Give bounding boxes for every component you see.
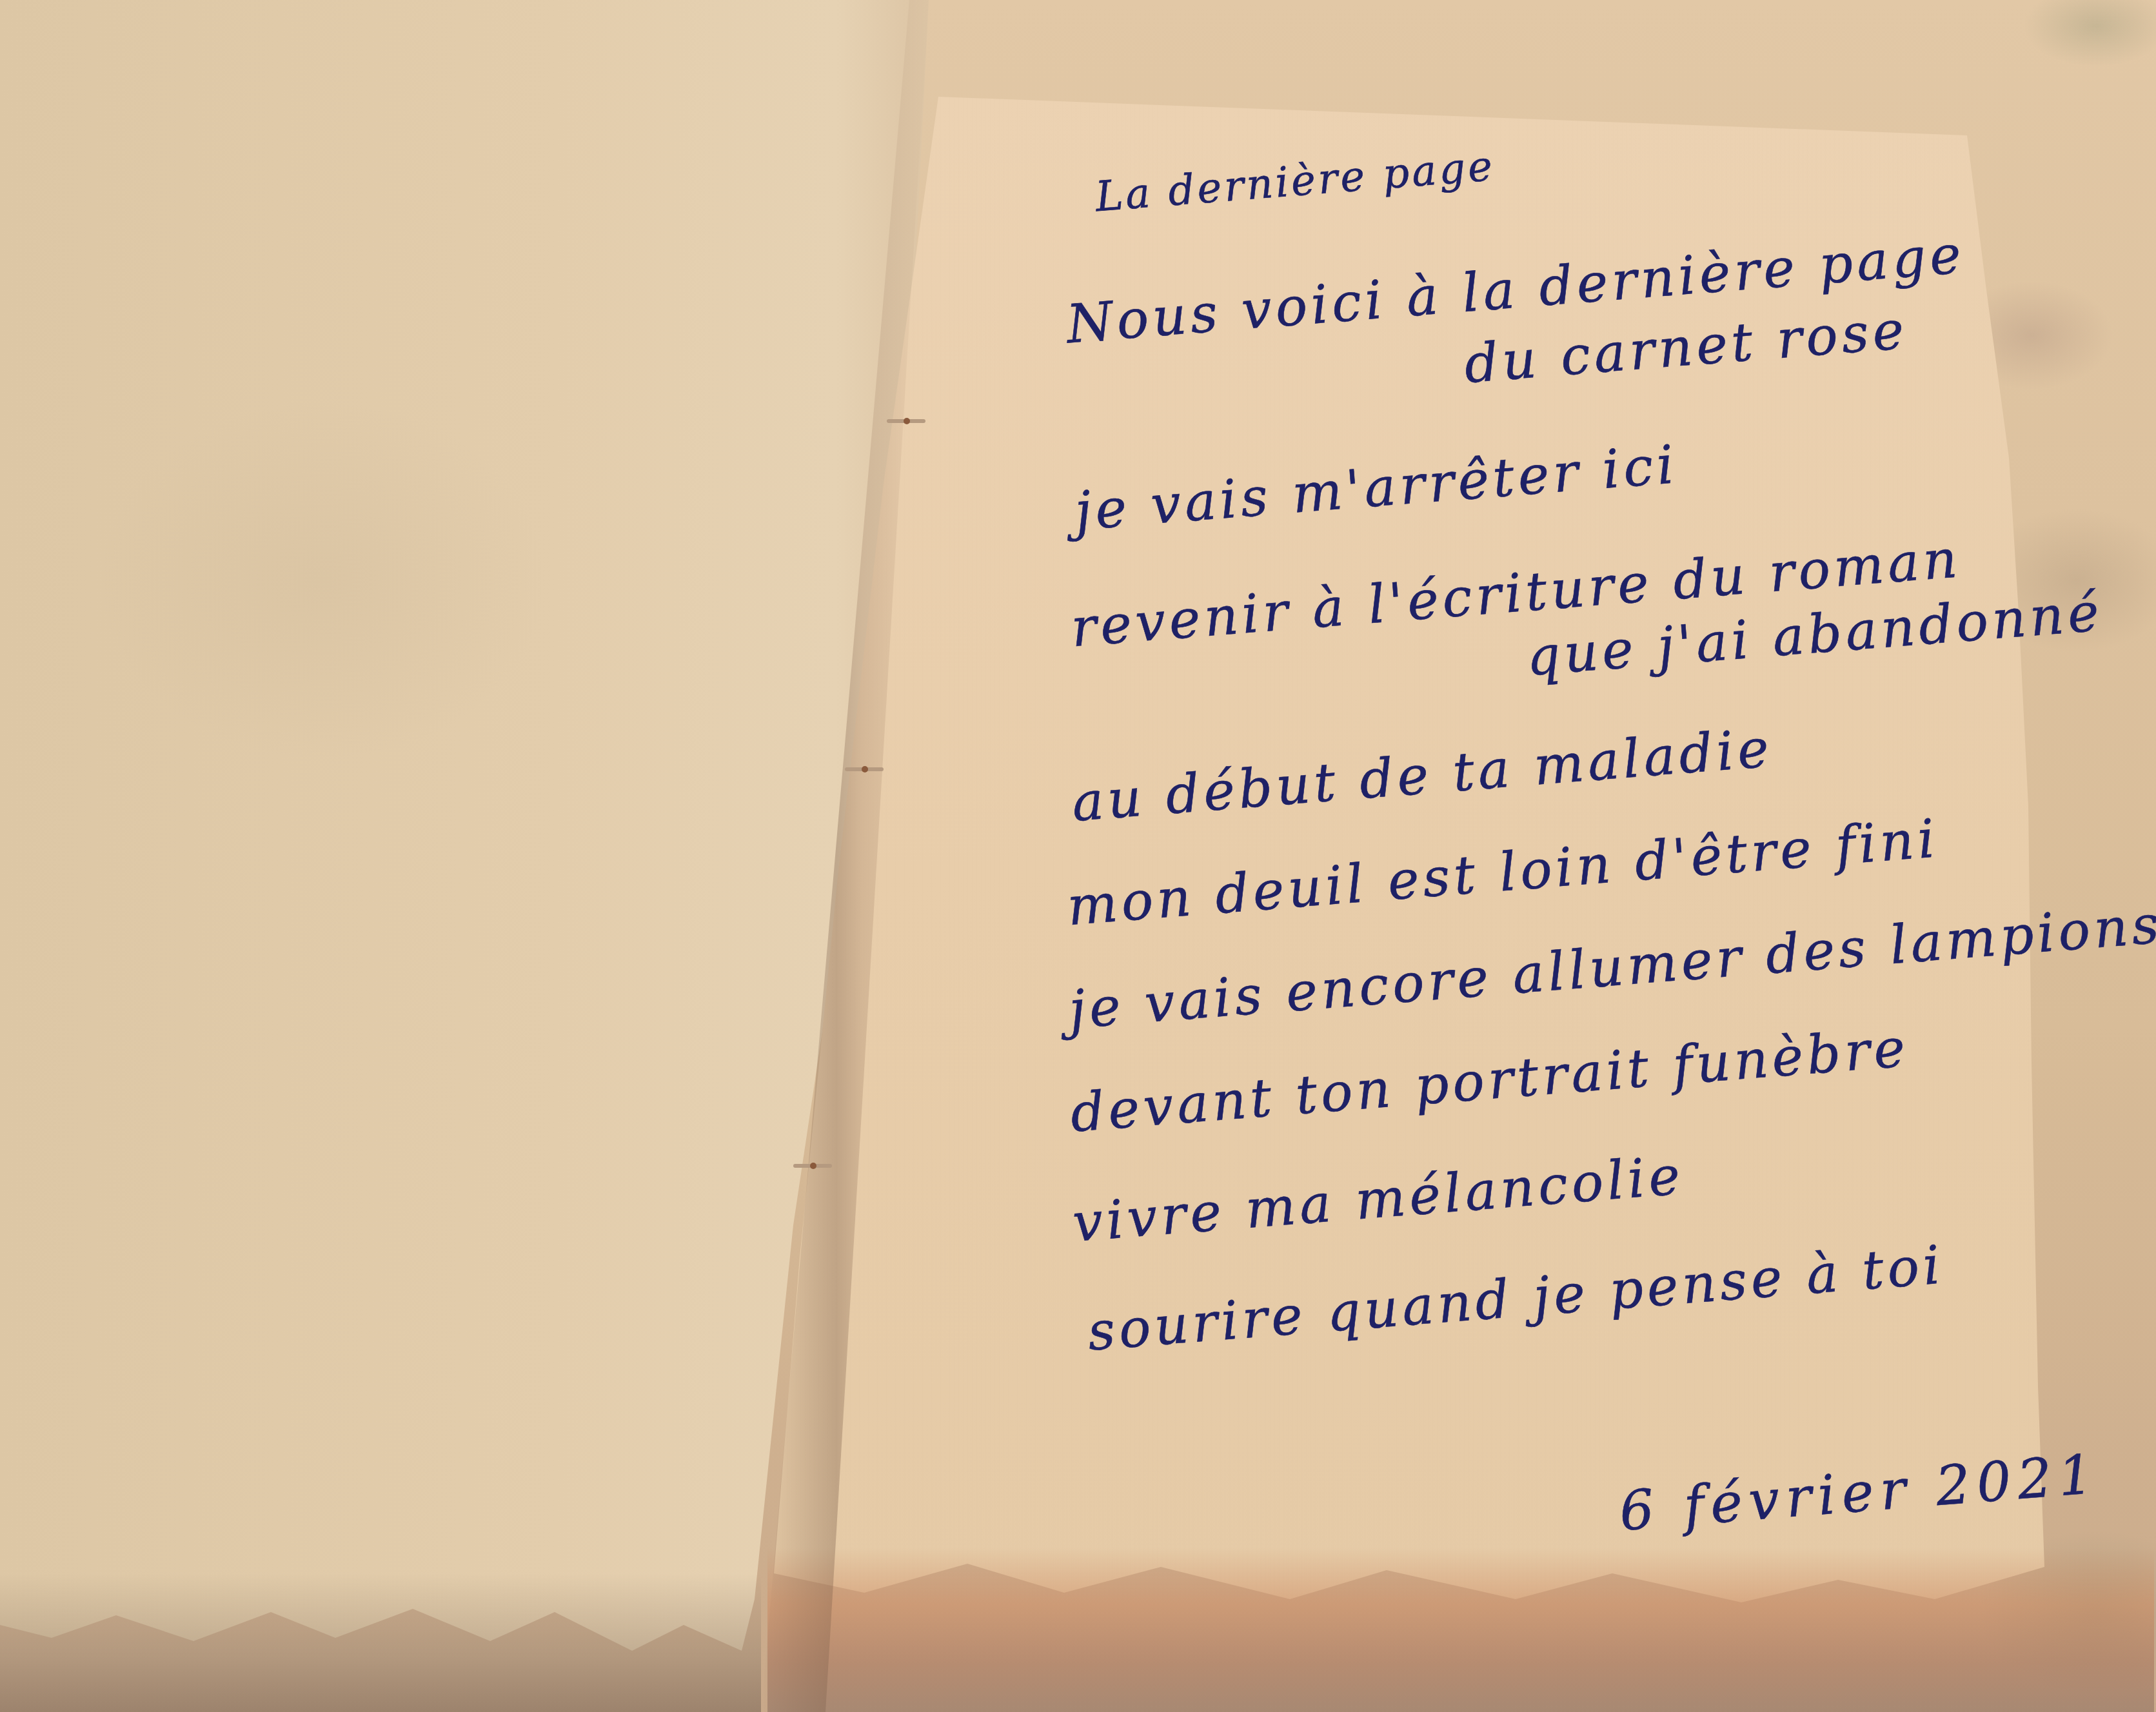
poem-line: devant ton portrait funèbre bbox=[1069, 1022, 1911, 1141]
poem-line: sourire quand je pense à toi bbox=[1086, 1239, 1946, 1359]
binding-stitch-icon bbox=[793, 1164, 832, 1168]
poem-line: au début de ta maladie bbox=[1070, 722, 1774, 830]
left-page-deckle-edge bbox=[0, 1573, 761, 1712]
poem-line: je vais m'arrêter ici bbox=[1073, 438, 1679, 538]
handwritten-poem: La dernière page Nous voici à la dernièr… bbox=[1006, 48, 2136, 1414]
poem-title: La dernière page bbox=[1094, 146, 1496, 219]
right-page-deckle-edge bbox=[767, 1548, 2154, 1712]
binding-stitch-icon bbox=[887, 419, 925, 423]
binding-stitch-icon bbox=[845, 767, 884, 771]
poem-line: vivre ma mélancolie bbox=[1071, 1150, 1685, 1250]
poem-line: mon deuil est loin d'être fini bbox=[1065, 812, 1941, 934]
